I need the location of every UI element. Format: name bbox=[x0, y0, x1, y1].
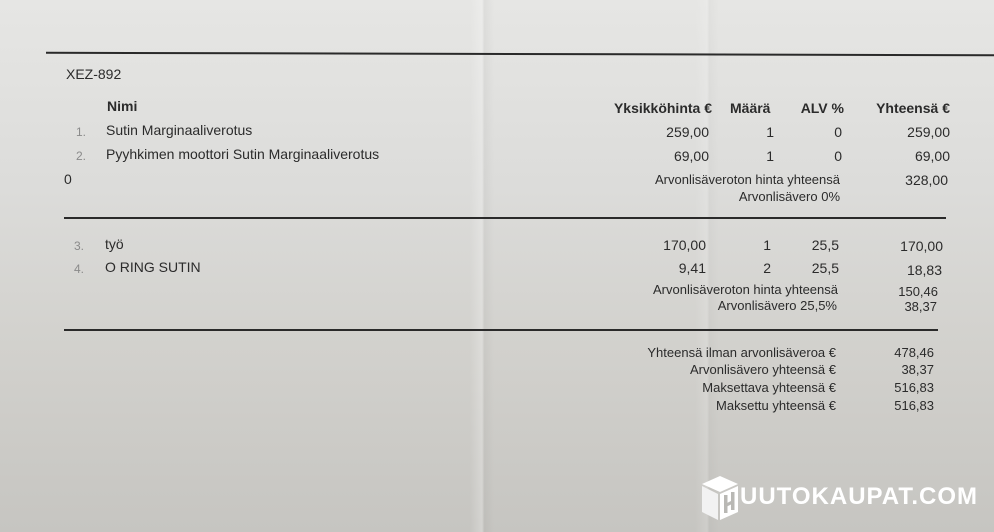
row-number: 3. bbox=[74, 238, 84, 254]
row-name: Sutin Marginaaliverotus bbox=[106, 122, 252, 138]
row-number: 1. bbox=[76, 124, 86, 140]
summary-divider bbox=[64, 329, 938, 331]
row-number: 4. bbox=[74, 261, 84, 277]
top-divider bbox=[46, 52, 994, 56]
row-name: työ bbox=[105, 236, 124, 252]
row-total: 259,00 bbox=[907, 124, 950, 140]
header-total: Yhteensä € bbox=[876, 100, 950, 116]
row-vat: 0 bbox=[834, 148, 842, 164]
row-vat: 25,5 bbox=[812, 237, 839, 253]
cube-h-logo-icon bbox=[698, 474, 738, 520]
row-unit-price: 170,00 bbox=[663, 237, 706, 253]
header-quantity: Määrä bbox=[730, 100, 770, 116]
row-total: 69,00 bbox=[915, 148, 950, 164]
row-number: 2. bbox=[76, 148, 86, 164]
row-quantity: 1 bbox=[766, 148, 774, 164]
group2-vat-value: 38,37 bbox=[904, 299, 937, 315]
row-total: 170,00 bbox=[900, 238, 943, 254]
row-name: O RING SUTIN bbox=[105, 259, 201, 275]
reference-number: XEZ-892 bbox=[66, 66, 121, 82]
summary-value: 38,37 bbox=[901, 362, 934, 378]
watermark-text: UUTOKAUPAT.COM bbox=[740, 483, 978, 511]
row-total: 18,83 bbox=[907, 262, 942, 278]
summary-label: Maksettava yhteensä € bbox=[702, 380, 836, 396]
group1-vat-label: Arvonlisävero 0% bbox=[739, 189, 840, 205]
row-quantity: 2 bbox=[763, 260, 771, 276]
row-vat: 0 bbox=[834, 124, 842, 140]
row-unit-price: 9,41 bbox=[679, 260, 706, 276]
group1-net-value: 328,00 bbox=[905, 172, 948, 188]
row-unit-price: 259,00 bbox=[666, 124, 709, 140]
group2-net-value: 150,46 bbox=[898, 284, 938, 300]
watermark-logo: UUTOKAUPAT.COM bbox=[698, 474, 978, 520]
header-name: Nimi bbox=[107, 98, 137, 114]
summary-value: 516,83 bbox=[894, 398, 934, 414]
summary-label: Maksettu yhteensä € bbox=[716, 398, 836, 414]
paper-fold bbox=[470, 0, 494, 532]
header-vat: ALV % bbox=[801, 100, 844, 116]
summary-value: 516,83 bbox=[894, 380, 934, 396]
group1-marker: 0 bbox=[64, 171, 72, 187]
summary-label: Yhteensä ilman arvonlisäveroa € bbox=[647, 345, 836, 361]
group2-net-label: Arvonlisäveroton hinta yhteensä bbox=[653, 282, 838, 298]
group2-vat-label: Arvonlisävero 25,5% bbox=[718, 298, 837, 314]
summary-label: Arvonlisävero yhteensä € bbox=[690, 362, 836, 378]
row-vat: 25,5 bbox=[812, 260, 839, 276]
group-divider bbox=[64, 217, 946, 219]
header-unit-price: Yksikköhinta € bbox=[614, 100, 712, 116]
row-name: Pyyhkimen moottori Sutin Marginaaliverot… bbox=[106, 146, 379, 162]
row-unit-price: 69,00 bbox=[674, 148, 709, 164]
row-quantity: 1 bbox=[763, 237, 771, 253]
group1-net-label: Arvonlisäveroton hinta yhteensä bbox=[655, 172, 840, 188]
row-quantity: 1 bbox=[766, 124, 774, 140]
summary-value: 478,46 bbox=[894, 345, 934, 361]
